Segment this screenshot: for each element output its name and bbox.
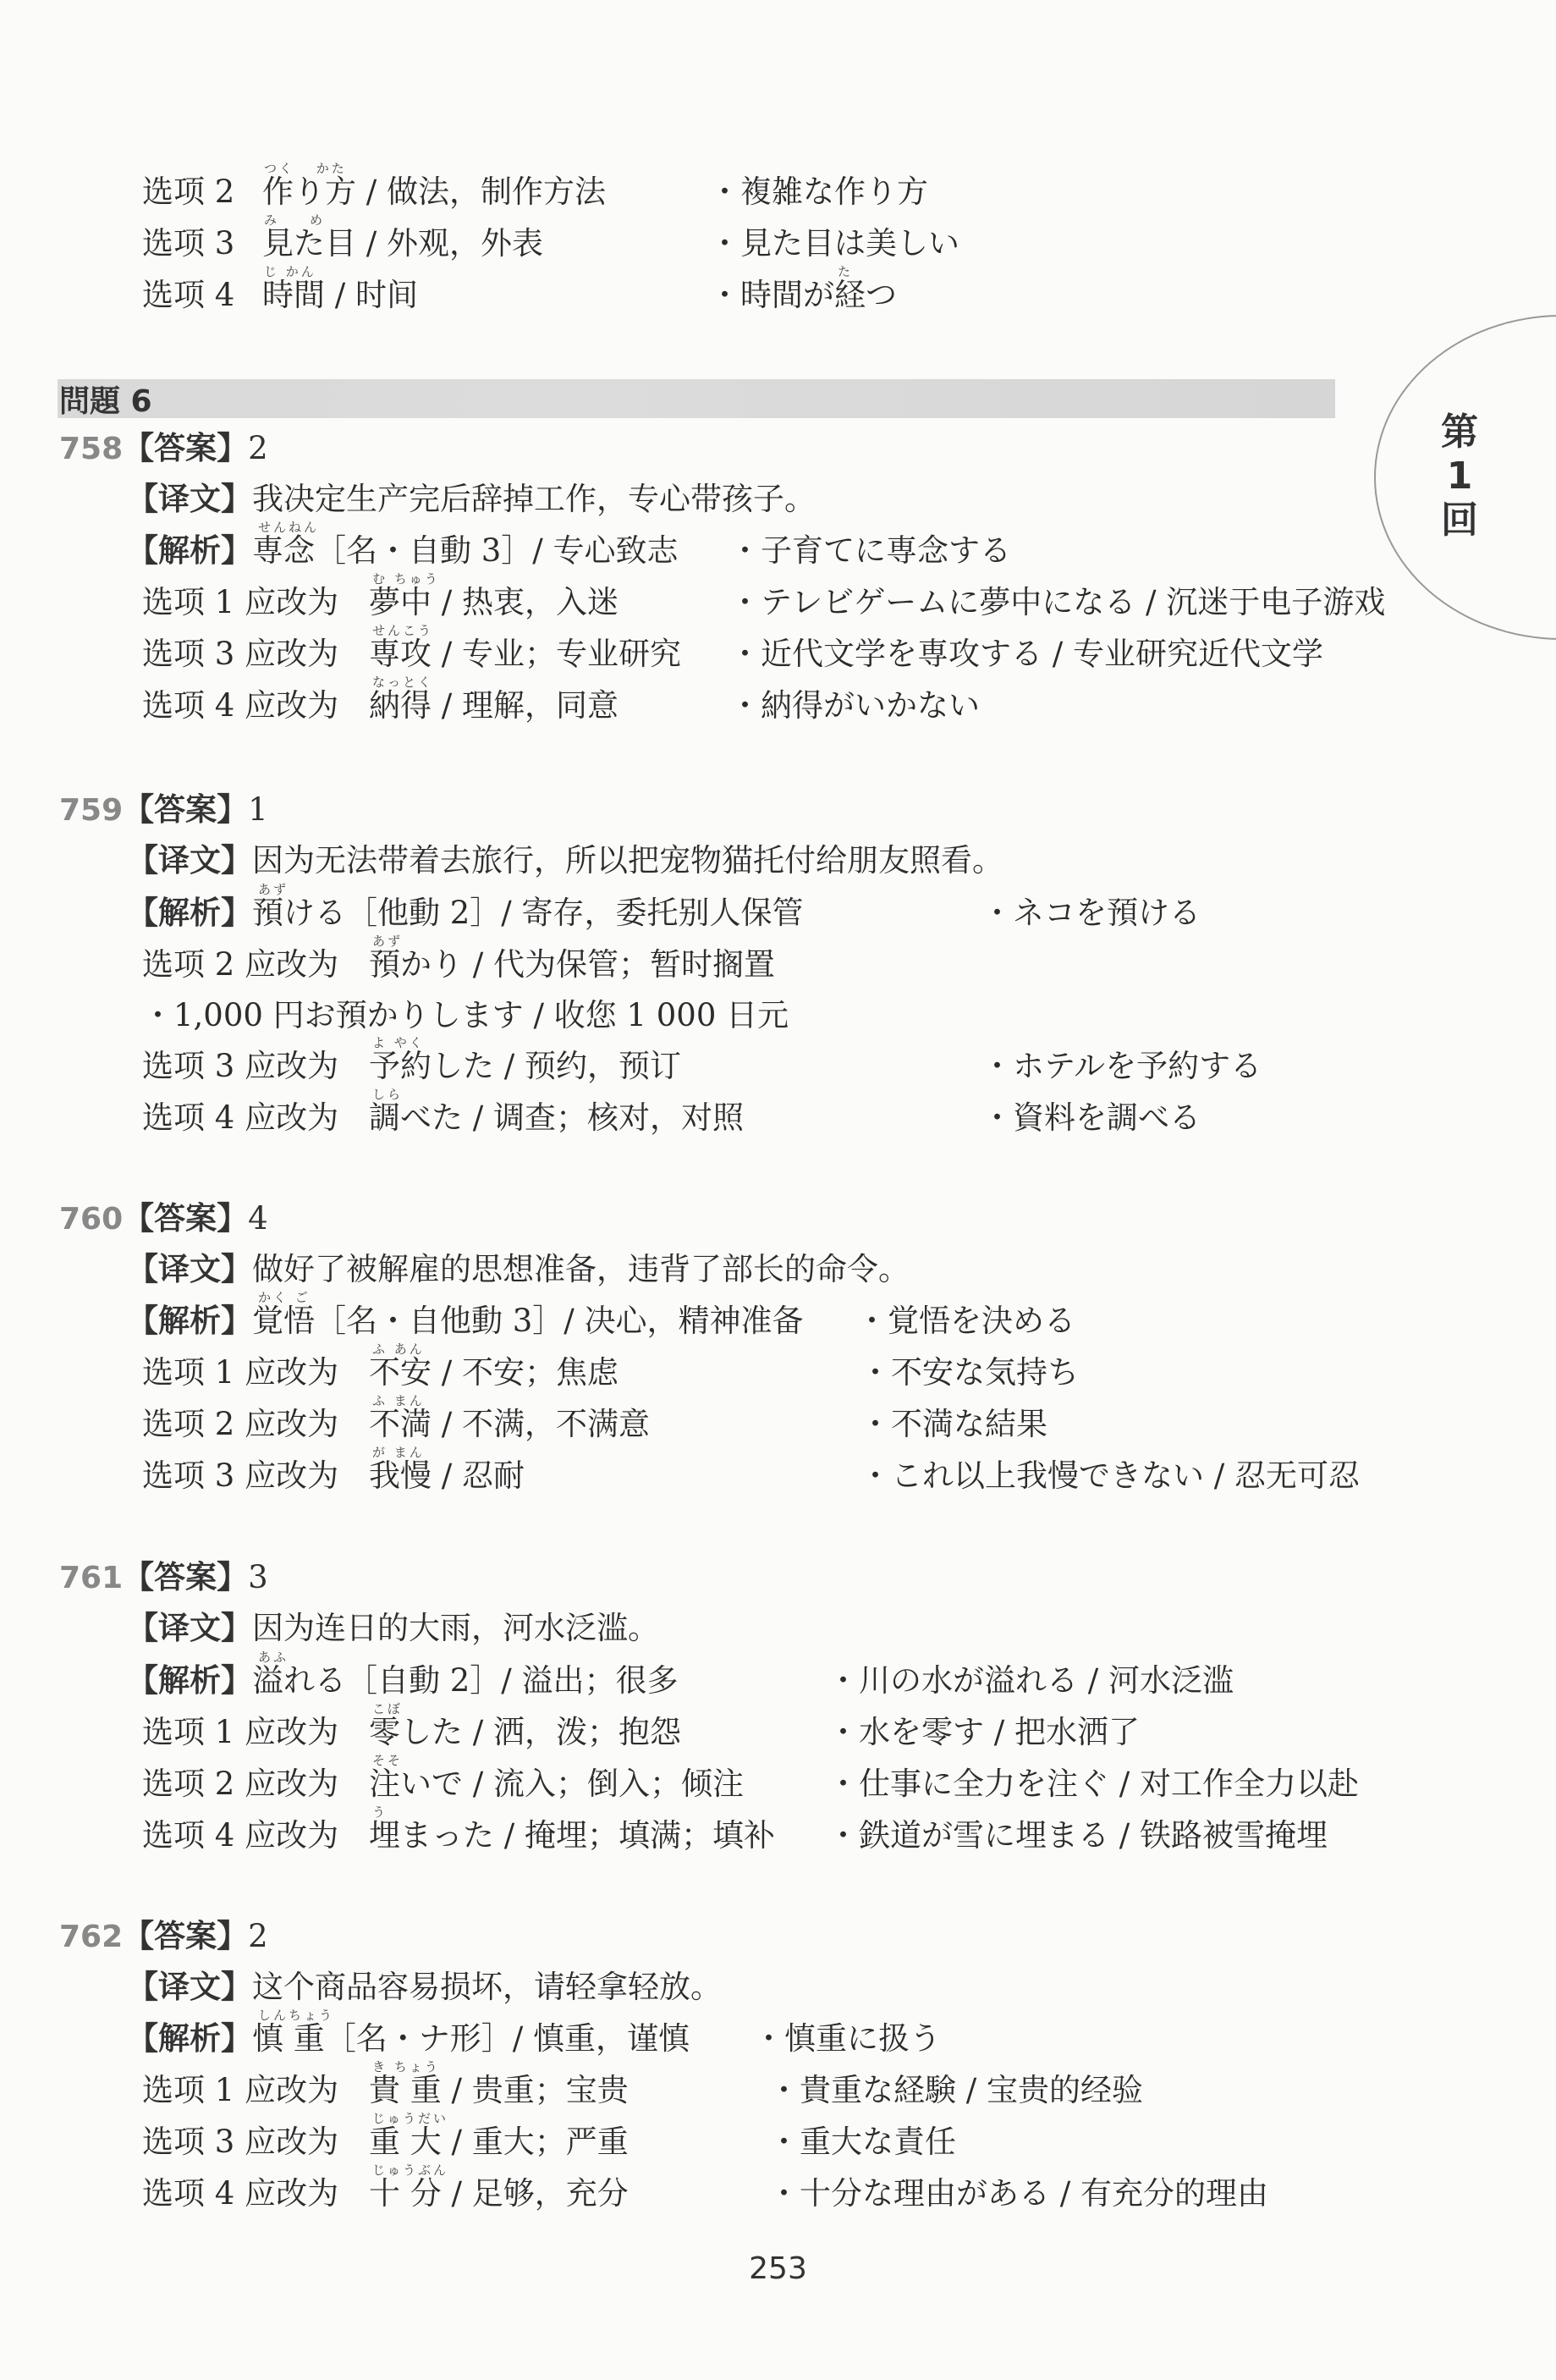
option-word: 専攻 / 专业；专业研究 — [369, 636, 681, 673]
option-example: ・鉄道が雪に埋まる / 铁路被雪掩埋 — [827, 1817, 1328, 1854]
option-label: 选项 4 应改为 — [142, 1817, 338, 1854]
analysis-line: 【解析】預ける［他動 2］/ 寄存，委托别人保管 ・ネコを預ける — [127, 895, 804, 932]
analysis-label: 【解析】 — [127, 2020, 252, 2057]
option-word: 見た目 / 外观，外表 — [262, 225, 543, 262]
answer-label: 【答案】 — [123, 1918, 248, 1954]
option-word: 我慢 / 忍耐 — [369, 1457, 525, 1495]
option-word: 不安 / 不安；焦虑 — [369, 1354, 619, 1391]
option-example: ・近代文学を専攻する / 专业研究近代文学 — [729, 636, 1323, 673]
translation-line: 【译文】我决定生产完后辞掉工作，专心带孩子。 — [127, 481, 816, 518]
answer-value: 2 — [248, 1918, 268, 1954]
analysis-word: 預ける［他動 2］/ 寄存，委托别人保管 — [252, 895, 804, 931]
question-number: 762 — [59, 1920, 123, 1954]
analysis-line: 【解析】溢れる［自動 2］/ 溢出；很多 ・川の水が溢れる / 河水泛滥 — [127, 1662, 679, 1700]
answer-line: 759【答案】1 — [59, 791, 268, 829]
option-label: 选项 1 应改为 — [142, 1714, 338, 1751]
option-label: 选项 3 — [142, 225, 234, 262]
answer-value: 2 — [248, 430, 268, 466]
question-number: 760 — [59, 1202, 123, 1237]
analysis-example: ・川の水が溢れる / 河水泛滥 — [827, 1662, 1234, 1700]
analysis-line: 【解析】慎 重［名・ナ形］/ 慎重，谨慎 ・慎重に扱う — [127, 2020, 690, 2058]
answer-line: 762【答案】2 — [59, 1918, 268, 1956]
option-example: ・納得がいかない — [729, 687, 980, 724]
translation-label: 【译文】 — [127, 842, 252, 879]
option-word: 納得 / 理解，同意 — [369, 687, 619, 724]
option-word: 埋まった / 掩埋；填满；填补 — [369, 1817, 775, 1854]
analysis-line: 【解析】覚悟［名・自他動 3］/ 决心，精神准备 ・覚悟を決める — [127, 1303, 804, 1340]
option-word: 零した / 洒，泼；抱怨 — [369, 1714, 681, 1751]
option-example: ・時間が経つ — [709, 277, 897, 314]
option-example: ・テレビゲームに夢中になる / 沉迷于电子游戏 — [729, 584, 1385, 621]
chapter-tab-char: 1 — [1434, 455, 1485, 499]
option-example: ・これ以上我慢できない / 忍无可忍 — [860, 1457, 1360, 1495]
question-number: 759 — [59, 793, 123, 828]
analysis-line: 【解析】専念［名・自動 3］/ 专心致志 ・子育てに専念する — [127, 532, 679, 570]
option-word: 十 分 / 足够，充分 — [369, 2175, 629, 2212]
section-title: 問題 6 — [59, 377, 152, 421]
translation-label: 【译文】 — [127, 481, 252, 517]
option-word: 預かり / 代为保管；暂时搁置 — [369, 946, 775, 983]
option-example-line: ・1,000 円お預かりします / 收您 1 000 日元 — [142, 997, 789, 1034]
option-example: ・貴重な経験 / 宝贵的经验 — [768, 2072, 1143, 2109]
section-header-bar — [58, 379, 1335, 418]
option-label: 选项 4 应改为 — [142, 687, 338, 724]
translation-text: 这个商品容易损坏，请轻拿轻放。 — [252, 1969, 722, 2005]
analysis-word: 覚悟［名・自他動 3］/ 决心，精神准备 — [252, 1303, 804, 1339]
option-word: 注いで / 流入；倒入；倾注 — [369, 1766, 744, 1803]
analysis-example: ・ネコを預ける — [981, 895, 1201, 932]
translation-label: 【译文】 — [127, 1610, 252, 1646]
answer-value: 4 — [248, 1200, 268, 1237]
answer-label: 【答案】 — [123, 1559, 248, 1595]
answer-line: 761【答案】3 — [59, 1559, 268, 1597]
translation-text: 因为无法带着去旅行，所以把宠物猫托付给朋友照看。 — [252, 842, 1003, 879]
question-number: 758 — [59, 432, 123, 466]
option-word: 作り方 / 做法，制作方法 — [262, 174, 606, 211]
analysis-example: ・慎重に扱う — [753, 2020, 941, 2058]
analysis-word: 慎 重［名・ナ形］/ 慎重，谨慎 — [252, 2020, 690, 2057]
option-example: ・十分な理由がある / 有充分的理由 — [768, 2175, 1268, 2212]
option-example: ・仕事に全力を注ぐ / 对工作全力以赴 — [827, 1766, 1359, 1803]
option-example: ・水を零す / 把水洒了 — [827, 1714, 1140, 1751]
chapter-tab-char: 回 — [1434, 499, 1485, 543]
option-label: 选项 1 应改为 — [142, 1354, 338, 1391]
option-word: 重 大 / 重大；严重 — [369, 2124, 629, 2161]
option-label: 选项 3 应改为 — [142, 636, 338, 673]
option-label: 选项 1 应改为 — [142, 584, 338, 621]
option-example: ・1,000 円お預かりします / 收您 1 000 日元 — [142, 997, 789, 1033]
analysis-label: 【解析】 — [127, 1662, 252, 1699]
option-label: 选项 4 应改为 — [142, 2175, 338, 2212]
option-label: 选项 2 应改为 — [142, 1406, 338, 1443]
translation-text: 因为连日的大雨，河水泛滥。 — [252, 1610, 659, 1646]
translation-text: 做好了被解雇的思想准备，违背了部长的命令。 — [252, 1251, 910, 1287]
option-label: 选项 4 应改为 — [142, 1099, 338, 1137]
textbook-page: 第 1 回 つく かた 选项 2 作り方 / 做法，制作方法 ・複雑な作り方 み… — [0, 0, 1556, 2380]
question-number: 761 — [59, 1561, 123, 1595]
answer-label: 【答案】 — [123, 1200, 248, 1237]
chapter-tab: 第 1 回 — [1434, 410, 1485, 543]
option-label: 选项 4 — [142, 277, 234, 314]
answer-value: 3 — [248, 1559, 268, 1595]
option-example: ・不満な結果 — [860, 1406, 1047, 1443]
option-example: ・見た目は美しい — [709, 225, 959, 262]
option-label: 选项 2 — [142, 174, 234, 211]
translation-line: 【译文】做好了被解雇的思想准备，违背了部长的命令。 — [127, 1251, 910, 1288]
option-example: ・重大な責任 — [768, 2124, 956, 2161]
option-label: 选项 3 应改为 — [142, 1048, 338, 1085]
analysis-label: 【解析】 — [127, 532, 252, 569]
analysis-word: 溢れる［自動 2］/ 溢出；很多 — [252, 1662, 679, 1699]
answer-line: 760【答案】4 — [59, 1200, 268, 1238]
chapter-tab-char: 第 — [1434, 410, 1485, 455]
option-example: ・資料を調べる — [981, 1099, 1201, 1137]
analysis-word: 専念［名・自動 3］/ 专心致志 — [252, 532, 679, 569]
translation-text: 我决定生产完后辞掉工作，专心带孩子。 — [252, 481, 816, 517]
option-word: 貴 重 / 贵重；宝贵 — [369, 2072, 629, 2109]
answer-line: 758【答案】2 — [59, 430, 268, 468]
option-word: 夢中 / 热衷，入迷 — [369, 584, 619, 621]
option-word: 不満 / 不满，不满意 — [369, 1406, 650, 1443]
translation-line: 【译文】因为无法带着去旅行，所以把宠物猫托付给朋友照看。 — [127, 842, 1003, 879]
translation-label: 【译文】 — [127, 1969, 252, 2005]
answer-label: 【答案】 — [123, 791, 248, 828]
analysis-example: ・子育てに専念する — [729, 532, 1011, 570]
answer-label: 【答案】 — [123, 430, 248, 466]
option-example: ・ホテルを予約する — [981, 1048, 1262, 1085]
option-example: ・複雑な作り方 — [709, 174, 928, 211]
option-label: 选项 2 应改为 — [142, 1766, 338, 1803]
analysis-label: 【解析】 — [127, 895, 252, 931]
option-word: 予約した / 预约，预订 — [369, 1048, 681, 1085]
translation-label: 【译文】 — [127, 1251, 252, 1287]
page-number: 253 — [0, 2251, 1556, 2286]
answer-value: 1 — [248, 791, 268, 828]
analysis-label: 【解析】 — [127, 1303, 252, 1339]
translation-line: 【译文】这个商品容易损坏，请轻拿轻放。 — [127, 1969, 722, 2006]
translation-line: 【译文】因为连日的大雨，河水泛滥。 — [127, 1610, 659, 1647]
option-word: 時間 / 时间 — [262, 277, 418, 314]
option-label: 选项 3 应改为 — [142, 2124, 338, 2161]
analysis-example: ・覚悟を決める — [856, 1303, 1075, 1340]
option-label: 选项 2 应改为 — [142, 946, 338, 983]
option-example: ・不安な気持ち — [860, 1354, 1079, 1391]
option-word: 調べた / 调查；核对，对照 — [369, 1099, 744, 1137]
option-label: 选项 3 应改为 — [142, 1457, 338, 1495]
option-label: 选项 1 应改为 — [142, 2072, 338, 2109]
